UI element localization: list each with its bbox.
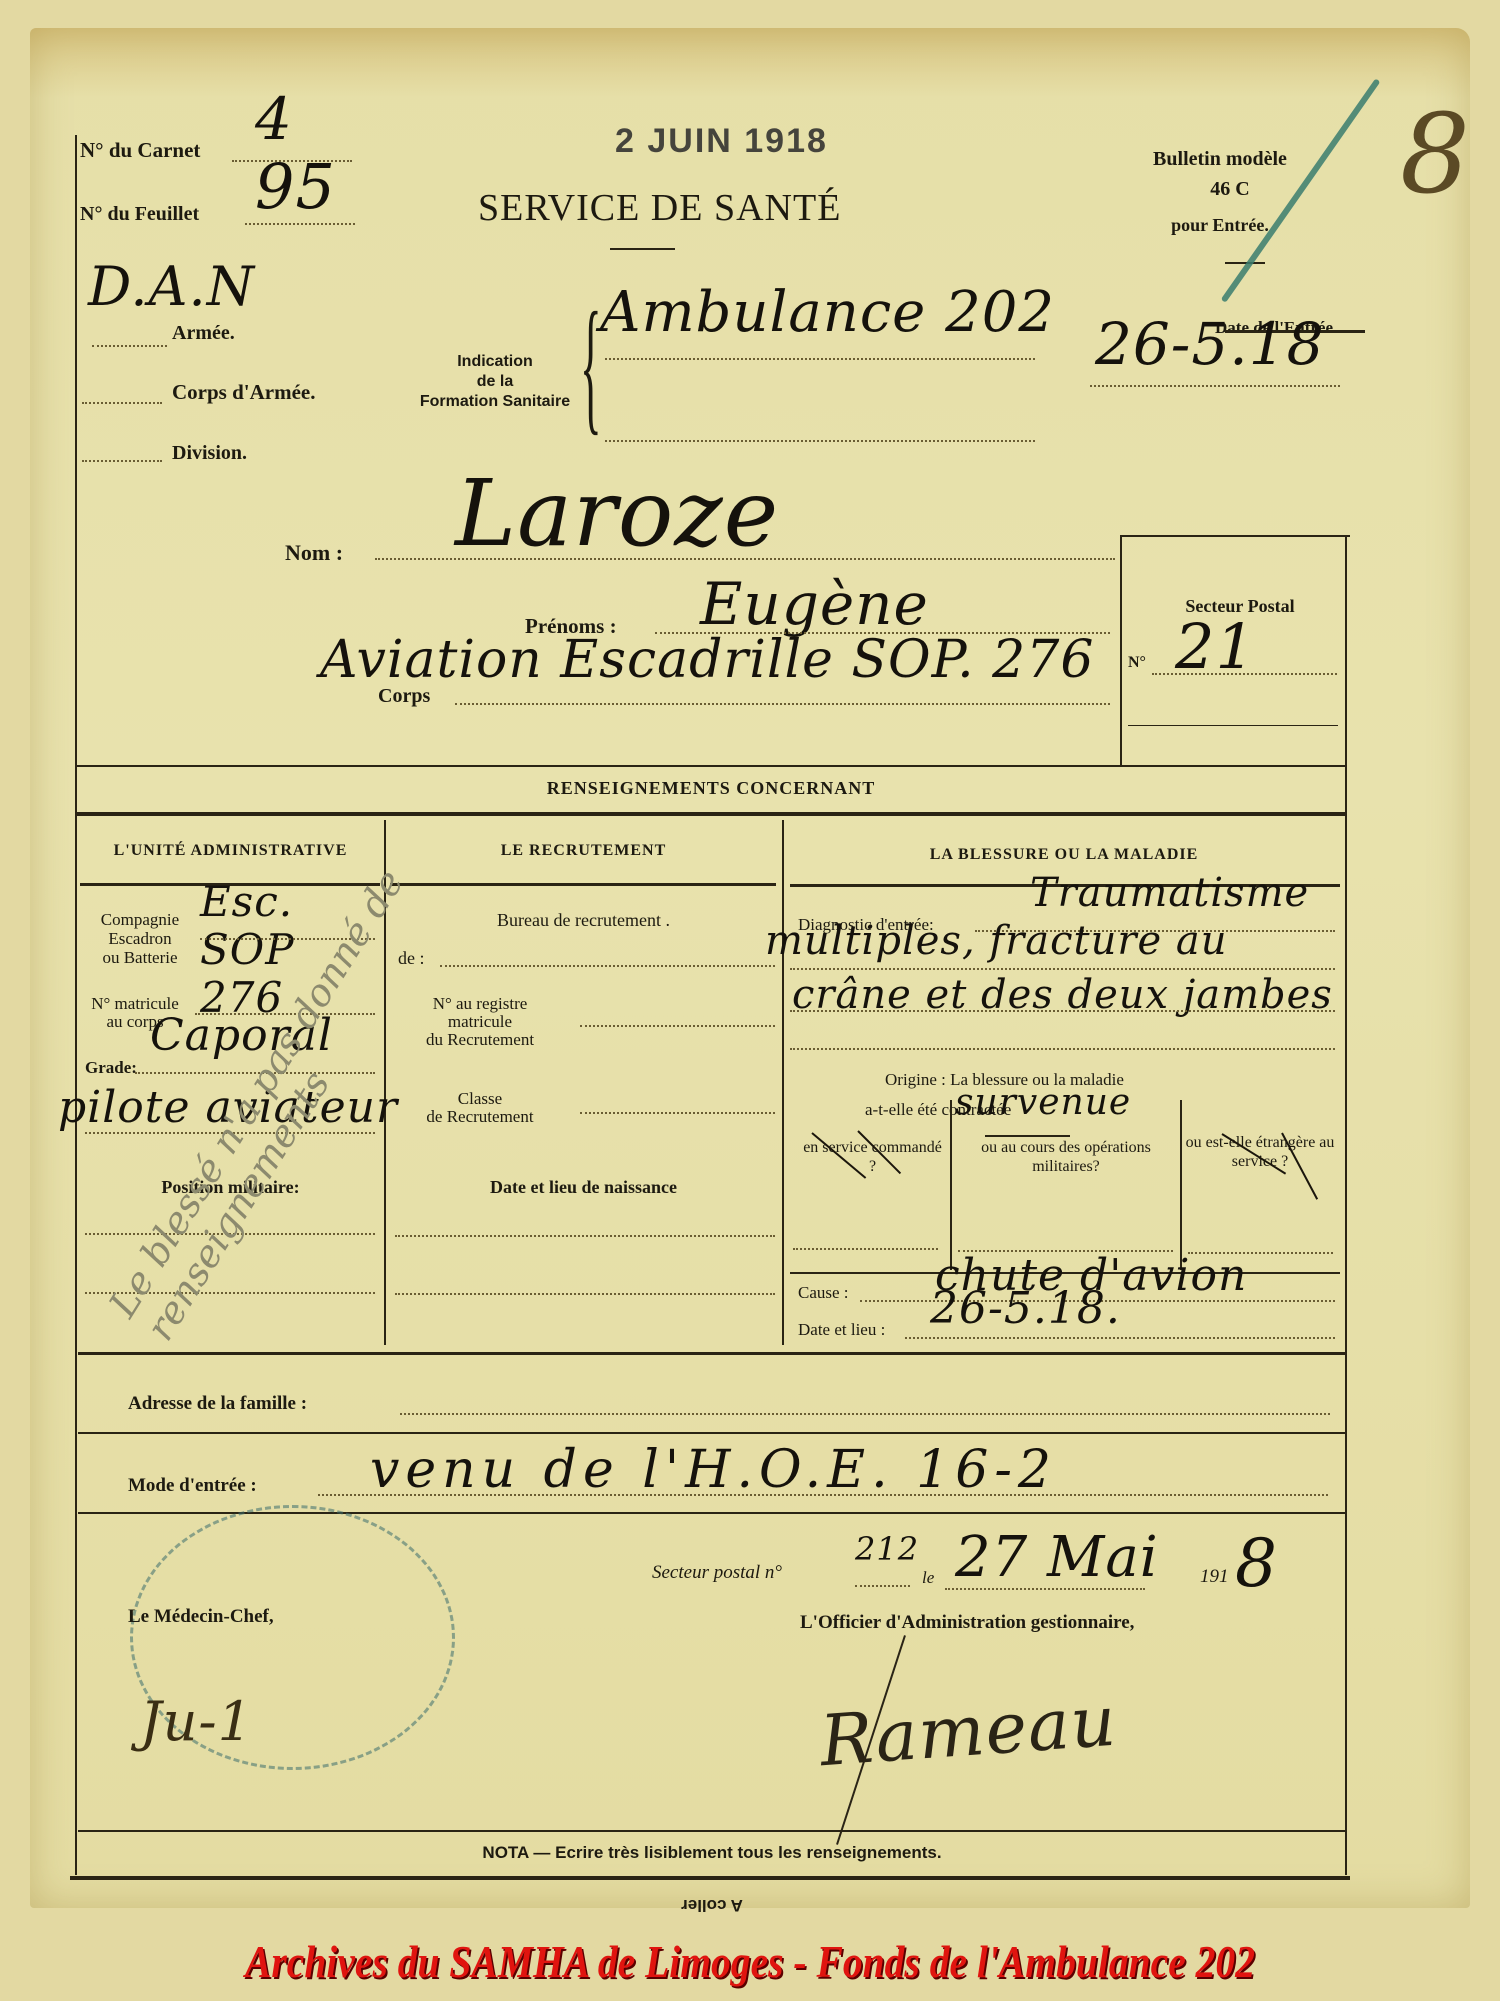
carnet-value[interactable]: 4 [255,85,293,153]
year-suffix[interactable]: 8 [1235,1525,1278,1602]
division-label: Division. [172,442,247,465]
page-title: SERVICE DE SANTÉ [478,186,841,230]
formation-line1 [605,358,1035,360]
option-operations[interactable]: ou au cours des opérations militaires? [955,1138,1177,1176]
formation-line2 [605,440,1035,442]
renseignements-bottom-rule [77,812,1345,816]
sig-date-value[interactable]: 27 Mai [955,1525,1159,1590]
mode-value[interactable]: venu de l'H.O.E. 16-2 [370,1440,1057,1500]
corps-line [455,703,1110,705]
nota-top-rule [78,1830,1346,1832]
option-2-underline [985,1135,1070,1137]
year-prefix: 191 [1200,1566,1229,1588]
diagnostic-line-4 [790,1048,1335,1050]
nota-text: NOTA — Ecrire très lisiblement tous les … [78,1843,1346,1863]
armee-line [92,345,167,347]
origine-overwrite[interactable]: survenue [955,1082,1131,1123]
nota-bottom-rule [70,1876,1350,1880]
option-etrangere[interactable]: ou est-elle étrangère au service ? [1185,1133,1335,1171]
left-border [75,135,77,1875]
secteur-no-line [1152,673,1337,675]
naissance-line-1 [395,1235,775,1237]
registre-label-3: du Recrutement [395,1031,565,1049]
formation-label: Indication de la Formation Sanitaire [390,352,600,412]
compagnie-label-1: Compagnie [85,910,195,929]
col-recrutement-header: LE RECRUTEMENT [386,842,781,860]
registre-label: N° au registre matricule du Recrutement [395,995,565,1049]
corps-label: Corps [378,685,430,708]
date-lieu-label: Date et lieu : [798,1320,885,1340]
feuillet-line [245,223,355,225]
naissance-label: Date et lieu de naissance [386,1177,781,1198]
col-unite-header: L'UNITÉ ADMINISTRATIVE [78,842,383,860]
de-label: de : [398,948,425,969]
renseignements-top-rule [77,765,1345,767]
feuillet-label: N° du Feuillet [80,203,199,226]
secteur-postal-sig-value[interactable]: 212 [855,1530,919,1568]
date-sig-line [945,1588,1145,1590]
paper-stain [30,28,1470,98]
corps-armee-line [82,402,162,404]
date-entree-value[interactable]: 26-5.18 [1095,310,1325,378]
option-1-line [793,1248,938,1250]
mode-line [318,1494,1328,1496]
nom-label: Nom : [285,540,343,566]
bureau-label: Bureau de recrutement . [386,910,781,931]
diagnostic-value-1[interactable]: Traumatisme [1030,870,1309,916]
margin-mark: 8 [1400,90,1471,218]
naissance-line-2 [395,1293,775,1295]
nom-value[interactable]: Laroze [455,460,779,567]
date-entree-line [1090,385,1340,387]
origine-divider-1 [950,1100,952,1270]
compagnie-label: Compagnie Escadron ou Batterie [85,910,195,967]
medecin-signature: Ju-1 [140,1690,253,1753]
registre-line [580,1025,775,1027]
compagnie-label-2: Escadron [85,929,195,948]
bulletin-line1: Bulletin modèle [1120,148,1320,171]
adresse-label: Adresse de la famille : [128,1393,307,1415]
diagnostic-line-2 [790,968,1335,970]
cause-label: Cause : [798,1283,849,1303]
secteur-sig-line [855,1585,910,1587]
col-recrutement-header-rule [390,883,776,886]
de-line [440,965,775,967]
archive-caption: Archives du SAMHA de Limoges - Fonds de … [105,1935,1395,1988]
a-coller-text: A coller [78,1895,1346,1915]
origine-divider-2 [1180,1100,1182,1270]
date-stamp: 2 JUIN 1918 [615,122,828,161]
adresse-line [400,1413,1330,1415]
carnet-label: N° du Carnet [80,138,200,163]
formation-label-line1: Indication [390,352,600,372]
diagnostic-value-2[interactable]: multiples, fracture au [765,918,1228,964]
formation-label-line2: de la [390,372,600,392]
formation-value[interactable]: Ambulance 202 [600,280,1055,345]
diagnostic-line-3 [790,1010,1335,1012]
registre-label-1: N° au registre [395,995,565,1013]
renseignements-title: RENSEIGNEMENTS CONCERNANT [77,778,1345,799]
adresse-bottom-rule [78,1432,1346,1434]
division-line [82,460,162,462]
grade-label: Grade: [85,1058,137,1078]
date-lieu-line [905,1337,1335,1339]
prenoms-value[interactable]: Eugène [700,570,929,638]
feuillet-value[interactable]: 95 [255,150,336,223]
secteur-no-label: N° [1128,654,1146,672]
armee-value[interactable]: D.A.N [88,255,255,318]
mode-label: Mode d'entrée : [128,1475,257,1497]
formation-label-line3: Formation Sanitaire [390,392,600,412]
medecin-label: Le Médecin-Chef, [128,1606,274,1628]
secteur-postal-sig-label: Secteur postal n° [652,1562,782,1584]
bulletin-line2: 46 C [1150,178,1310,201]
registre-label-2: matricule [395,1013,565,1031]
corps-value[interactable]: Aviation Escadrille SOP. 276 [320,630,1094,690]
classe-label-1: Classe [395,1090,565,1108]
le-label: le [922,1568,934,1588]
officier-label: L'Officier d'Administration gestionnaire… [800,1612,1134,1634]
armee-label: Armée. [172,322,235,345]
classe-label-2: de Recrutement [395,1108,565,1126]
secteur-inner-rule [1128,725,1338,726]
compagnie-label-3: ou Batterie [85,948,195,967]
family-top-rule [78,1352,1346,1355]
nom-line [375,558,1115,560]
col-divider-2 [782,820,784,1345]
corps-armee-label: Corps d'Armée. [172,380,315,405]
classe-label: Classe de Recrutement [395,1090,565,1126]
date-lieu-value[interactable]: 26-5.18. [930,1283,1121,1334]
classe-line [580,1112,775,1114]
col-blessure-header: LA BLESSURE OU LA MALADIE [784,846,1344,864]
title-underline [610,248,675,250]
formation-brace-icon: { [580,290,602,440]
